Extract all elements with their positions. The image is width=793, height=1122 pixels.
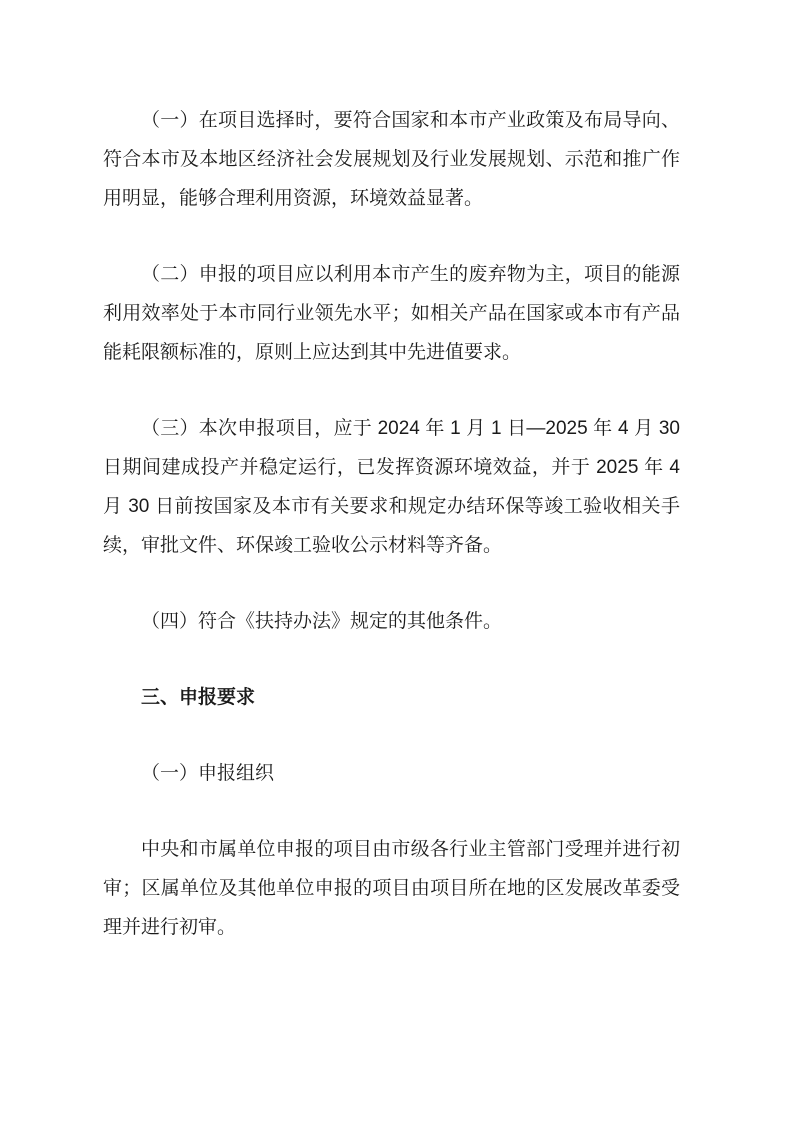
paragraph-condition-3: （三）本次申报项目，应于 2024 年 1 月 1 日—2025 年 4 月 3… (103, 409, 680, 565)
paragraph-condition-2: （二）申报的项目应以利用本市产生的废弃物为主，项目的能源利用效率处于本市同行业领… (103, 255, 680, 372)
paragraph-condition-4: （四）符合《扶持办法》规定的其他条件。 (103, 602, 680, 641)
subsection-heading-application-organization: （一）申报组织 (103, 754, 680, 793)
section-heading-application-requirements: 三、申报要求 (103, 678, 680, 717)
document-content: （一）在项目选择时，要符合国家和本市产业政策及布局导向、符合本市及本地区经济社会… (103, 101, 680, 947)
document-page: （一）在项目选择时，要符合国家和本市产业政策及布局导向、符合本市及本地区经济社会… (0, 0, 793, 1122)
paragraph-application-organization-body: 中央和市属单位申报的项目由市级各行业主管部门受理并进行初审；区属单位及其他单位申… (103, 830, 680, 947)
paragraph-condition-1: （一）在项目选择时，要符合国家和本市产业政策及布局导向、符合本市及本地区经济社会… (103, 101, 680, 218)
